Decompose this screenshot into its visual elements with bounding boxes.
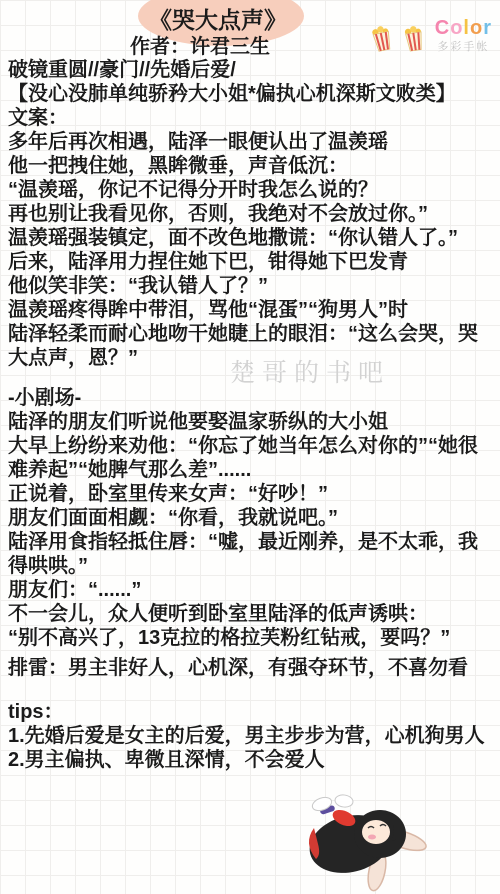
synopsis-line: “温羡瑶，你记不记得分开时我怎么说的？ — [8, 178, 492, 202]
tips-heading: tips： — [8, 700, 492, 724]
theater-line: 朋友们面面相觑：“你看，我就说吧。” — [8, 506, 492, 530]
theater-line: 正说着，卧室里传来女声：“好吵！” — [8, 482, 492, 506]
color-logo-subtitle: 多彩手帐 — [437, 42, 489, 53]
theater-line: 不一会儿，众人便听到卧室里陆泽的低声诱哄： — [8, 602, 492, 626]
synopsis-lines: 多年后再次相遇，陆泽一眼便认出了温羡瑶他一把拽住她，黑眸微垂，声音低沉：“温羡瑶… — [8, 130, 492, 370]
synopsis-line: 他一把拽住她，黑眸微垂，声音低沉： — [8, 154, 492, 178]
pairing-line: 【没心没肺单纯骄矜大小姐*偏执心机深斯文败类】 — [8, 82, 492, 106]
synopsis-line: 陆泽轻柔而耐心地吻干她睫上的眼泪：“这么会哭，哭大点声，恩？” — [8, 322, 492, 370]
theater-line: 陆泽用食指轻抵住唇：“嘘，最近刚养，是不太乖，我得哄哄。” — [8, 530, 492, 578]
synopsis-line: 多年后再次相遇，陆泽一眼便认出了温羡瑶 — [8, 130, 492, 154]
tags-line: 破镜重圆//豪门//先婚后爱/ — [8, 58, 492, 82]
theater-line: 陆泽的朋友们听说他要娶温家骄纵的大小姐 — [8, 410, 492, 434]
synopsis-line: 再也别让我看见你，否则，我绝对不会放过你。” — [8, 202, 492, 226]
warning-line: 排雷：男主非好人，心机深，有强夺环节，不喜勿看 — [8, 656, 492, 680]
synopsis-line: 温羡瑶疼得眸中带泪，骂他“混蛋”“狗男人”时 — [8, 298, 492, 322]
popcorn-icon — [400, 23, 427, 60]
synopsis-heading: 文案： — [8, 106, 492, 130]
tips-item: 2.男主偏执、卑微且深情，不会爱人 — [8, 748, 492, 772]
synopsis-line: 温羡瑶强装镇定，面不改色地撒谎：“你认错人了。” — [8, 226, 492, 250]
theater-line: 大早上纷纷来劝他：“你忘了她当年怎么对你的”“她很难养起”“她脾气那么差”...… — [8, 434, 492, 482]
theater-line: “别不高兴了，13克拉的格拉芙粉红钻戒，要吗？” — [8, 626, 492, 650]
note-page: 《哭大点声》 作者：许君三生 — [0, 0, 500, 894]
author-line: 作者：许君三生 — [0, 34, 400, 60]
theater-lines: 陆泽的朋友们听说他要娶温家骄纵的大小姐大早上纷纷来劝他：“你忘了她当年怎么对你的… — [8, 410, 492, 650]
tips-list: 1.先婚后爱是女主的后爱，男主步步为营，心机狗男人2.男主偏执、卑微且深情，不会… — [8, 724, 492, 772]
color-logo-word: Color — [435, 18, 492, 38]
sleeping-chibi-illustration — [292, 792, 432, 894]
theater-heading: -小剧场- — [8, 386, 492, 410]
tips-item: 1.先婚后爱是女主的后爱，男主步步为营，心机狗男人 — [8, 724, 492, 748]
theater-line: 朋友们：“......” — [8, 578, 492, 602]
popcorn-icon — [367, 22, 396, 60]
brand-corner: Color 多彩手帐 — [371, 18, 492, 58]
synopsis-line: 后来，陆泽用力捏住她下巴，钳得她下巴发青 — [8, 250, 492, 274]
color-app-logo: Color 多彩手帐 — [435, 18, 492, 53]
synopsis-line: 他似笑非笑：“我认错人了？” — [8, 274, 492, 298]
note-body: 破镜重圆//豪门//先婚后爱/ 【没心没肺单纯骄矜大小姐*偏执心机深斯文败类】 … — [8, 58, 492, 772]
